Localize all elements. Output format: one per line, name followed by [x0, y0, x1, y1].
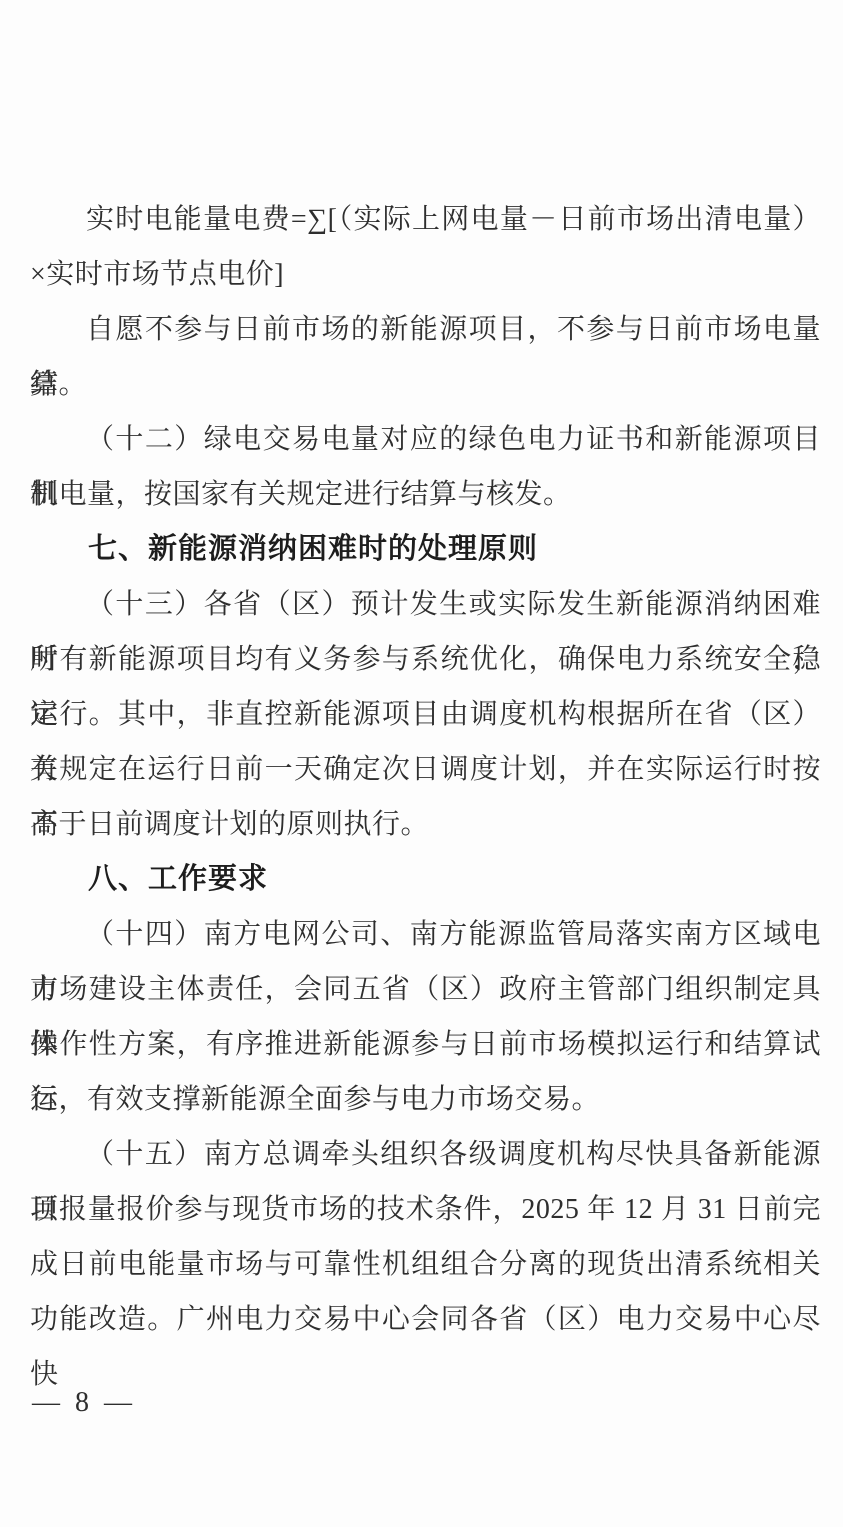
clause-15-line-2: 目报量报价参与现货市场的技术条件，2025 年 12 月 31 日前完	[30, 1182, 821, 1237]
section-heading-seven: 七、新能源消纳困难时的处理原则	[30, 522, 821, 577]
clause-15-line-4: 功能改造。广州电力交易中心会同各省（区）电力交易中心尽快	[30, 1292, 821, 1347]
paragraph-voluntary-optout-line-2: 算。	[30, 357, 821, 412]
clause-15-line-1: （十五）南方总调牵头组织各级调度机构尽快具备新能源项	[30, 1127, 821, 1182]
clause-12-line-2: 制电量，按国家有关规定进行结算与核发。	[30, 467, 821, 522]
clause-13-line-5: 高于日前调度计划的原则执行。	[30, 797, 821, 852]
clause-13-line-2: 所有新能源项目均有义务参与系统优化，确保电力系统安全稳定	[30, 632, 821, 687]
clause-12-line-1: （十二）绿电交易电量对应的绿色电力证书和新能源项目机	[30, 412, 821, 467]
paragraph-voluntary-optout-line-1: 自愿不参与日前市场的新能源项目，不参与日前市场电量结	[30, 302, 821, 357]
clause-14-line-2: 市场建设主体责任，会同五省（区）政府主管部门组织制定具体	[30, 962, 821, 1017]
clause-13-line-1: （十三）各省（区）预计发生或实际发生新能源消纳困难时，	[30, 577, 821, 632]
clause-14-line-1: （十四）南方电网公司、南方能源监管局落实南方区域电力	[30, 907, 821, 962]
formula-realtime-energy-fee-line-1: 实时电能量电费=∑[（实际上网电量－日前市场出清电量）	[30, 192, 821, 247]
clause-14-line-3: 操作性方案，有序推进新能源参与日前市场模拟运行和结算试运	[30, 1017, 821, 1072]
clause-13-line-4: 关规定在运行日前一天确定次日调度计划，并在实际运行时按不	[30, 742, 821, 797]
clause-13-line-3: 运行。其中，非直控新能源项目由调度机构根据所在省（区）有	[30, 687, 821, 742]
formula-realtime-energy-fee-line-2: ×实时市场节点电价]	[30, 247, 821, 302]
document-body: 实时电能量电费=∑[（实际上网电量－日前市场出清电量） ×实时市场节点电价] 自…	[30, 192, 821, 1347]
clause-14-line-4: 行，有效支撑新能源全面参与电力市场交易。	[30, 1072, 821, 1127]
clause-15-line-3: 成日前电能量市场与可靠性机组组合分离的现货出清系统相关	[30, 1237, 821, 1292]
page-number: — 8 —	[32, 1383, 136, 1423]
section-heading-eight: 八、工作要求	[30, 852, 821, 907]
document-page: 实时电能量电费=∑[（实际上网电量－日前市场出清电量） ×实时市场节点电价] 自…	[0, 0, 843, 1527]
